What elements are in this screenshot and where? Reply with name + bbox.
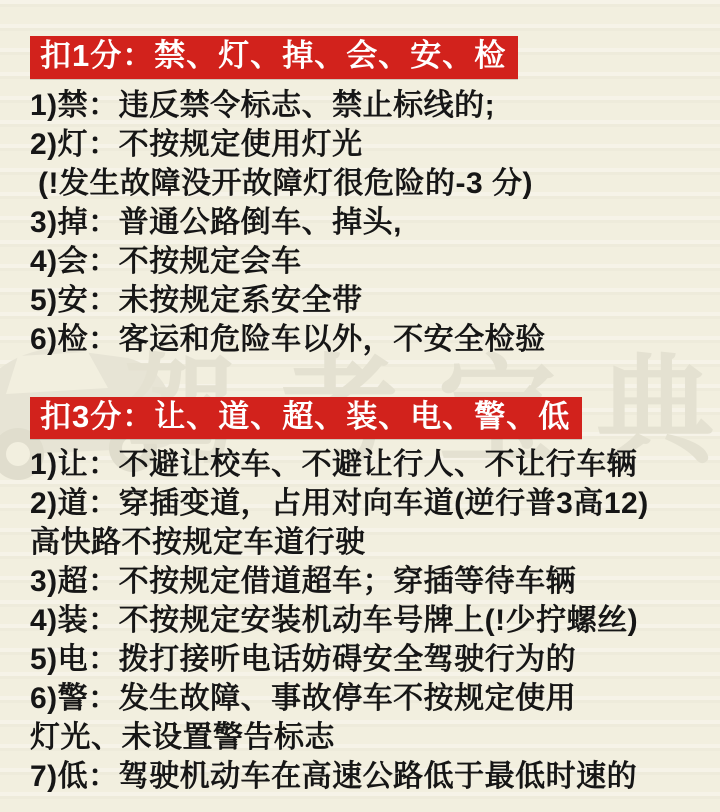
rule-item: 6)检：客运和危险车以外，不安全检验: [30, 320, 694, 359]
section-deduct-1-point: 扣1分：禁、灯、掉、会、安、检 1)禁：违反禁令标志、禁止标线的; 2)灯：不按…: [30, 36, 694, 359]
rules-list: 扣1分：禁、灯、掉、会、安、检 1)禁：违反禁令标志、禁止标线的; 2)灯：不按…: [0, 0, 720, 796]
rule-item: 5)安：未按规定系安全带: [30, 281, 694, 320]
rule-item: 4)会：不按规定会车: [30, 242, 694, 281]
rule-item: 3)掉：普通公路倒车、掉头,: [30, 203, 694, 242]
section-1-header-banner: 扣1分：禁、灯、掉、会、安、检: [30, 36, 518, 79]
rule-item: 4)装：不按规定安装机动车号牌上(!少拧螺丝): [30, 601, 694, 640]
rule-item-continuation: 灯光、未设置警告标志: [30, 718, 694, 757]
rule-item: 7)低：驾驶机动车在高速公路低于最低时速的: [30, 757, 694, 796]
rule-item-continuation: 高快路不按规定车道行驶: [30, 523, 694, 562]
rule-item: 1)禁：违反禁令标志、禁止标线的;: [30, 86, 694, 125]
rule-item-note: (!发生故障没开故障灯很危险的-3 分): [30, 164, 694, 203]
rule-item: 5)电：拨打接听电话妨碍安全驾驶行为的: [30, 640, 694, 679]
rule-item: 2)道：穿插变道，占用对向车道(逆行普3高12): [30, 484, 694, 523]
section-3-header-banner: 扣3分：让、道、超、装、电、警、低: [30, 397, 582, 440]
rule-item: 2)灯：不按规定使用灯光: [30, 125, 694, 164]
rule-item: 3)超：不按规定借道超车；穿插等待车辆: [30, 562, 694, 601]
section-deduct-3-points: 扣3分：让、道、超、装、电、警、低 1)让：不避让校车、不避让行人、不让行车辆 …: [30, 397, 694, 797]
rule-item: 1)让：不避让校车、不避让行人、不让行车辆: [30, 445, 694, 484]
rule-item: 6)警：发生故障、事故停车不按规定使用: [30, 679, 694, 718]
